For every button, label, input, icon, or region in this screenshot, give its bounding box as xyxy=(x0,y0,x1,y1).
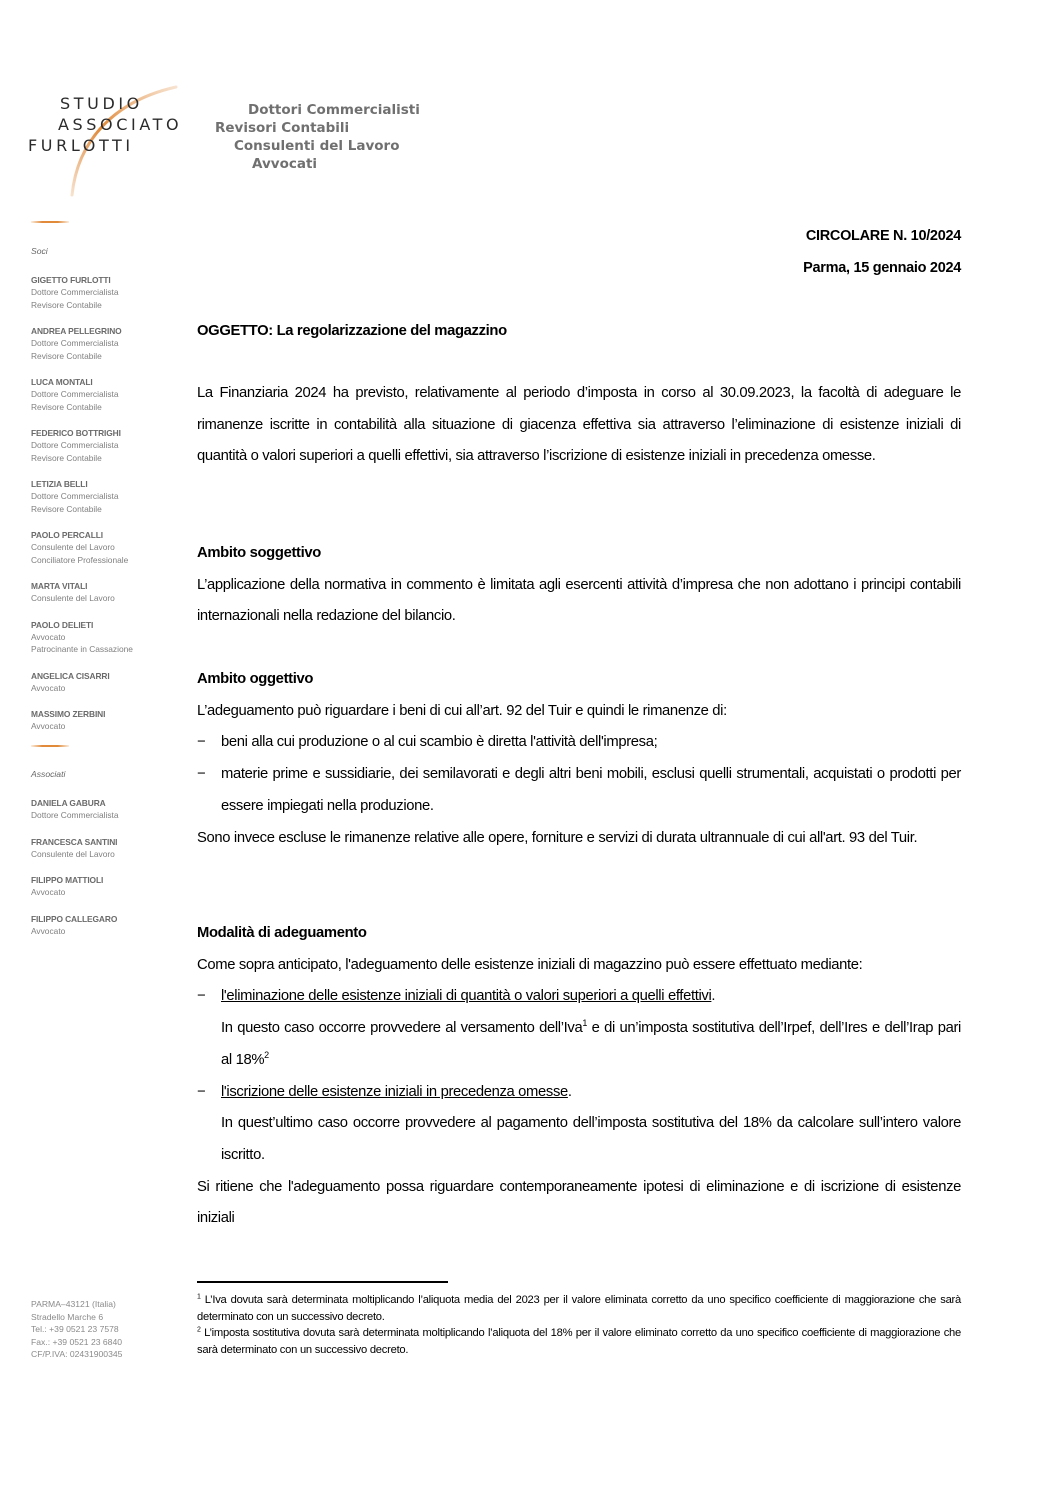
logo-text-line: STUDIO xyxy=(60,94,143,114)
person-role: Dottore Commercialista xyxy=(31,490,181,503)
list-item-detail: In questo caso occorre provvedere al ver… xyxy=(197,1013,961,1076)
sidebar-person: FILIPPO MATTIOLIAvvocato xyxy=(31,874,181,899)
contact-fax: Fax.: +39 0521 23 6840 xyxy=(31,1336,122,1349)
person-role: Avvocato xyxy=(31,886,181,899)
person-name: DANIELA GABURA xyxy=(31,797,181,809)
studio-logo: STUDIO ASSOCIATO FURLOTTI xyxy=(28,82,198,202)
sidebar-person: MASSIMO ZERBINIAvvocato xyxy=(31,708,181,733)
dash-bullet-icon: − xyxy=(197,727,205,759)
person-role: Dottore Commercialista xyxy=(31,439,181,452)
person-role: Avvocato xyxy=(31,925,181,938)
sidebar-person: PAOLO PERCALLIConsulente del LavoroConci… xyxy=(31,529,181,566)
person-role: Consulente del Lavoro xyxy=(31,848,181,861)
person-name: LUCA MONTALI xyxy=(31,376,181,388)
person-role: Dottore Commercialista xyxy=(31,388,181,401)
footnote: 2 L’imposta sostitutiva dovuta sarà dete… xyxy=(197,1325,961,1358)
section-paragraph: L’adeguamento può riguardare i beni di c… xyxy=(197,696,961,728)
person-role: Consulente del Lavoro xyxy=(31,541,181,554)
section-paragraph: Come sopra anticipato, l'adeguamento del… xyxy=(197,950,961,982)
section-modalita: Modalità di adeguamento Come sopra antic… xyxy=(197,918,961,1235)
person-role: Consulente del Lavoro xyxy=(31,592,181,605)
sidebar-divider xyxy=(31,745,69,747)
sidebar-person: MARTA VITALIConsulente del Lavoro xyxy=(31,580,181,605)
contact-vat: CF/P.IVA: 02431900345 xyxy=(31,1348,122,1361)
contact-city: PARMA–43121 (Italia) xyxy=(31,1298,122,1311)
person-role: Revisore Contabile xyxy=(31,401,181,414)
soci-list: GIGETTO FURLOTTIDottore CommercialistaRe… xyxy=(31,274,181,733)
sidebar-person: ANDREA PELLEGRINODottore CommercialistaR… xyxy=(31,325,181,362)
profession-label: Dottori Commercialisti xyxy=(248,100,420,120)
list-item: −l'iscrizione delle esistenze iniziali i… xyxy=(197,1077,961,1109)
detail-text: In questo caso occorre provvedere al ver… xyxy=(221,1020,582,1036)
sidebar-person: LETIZIA BELLIDottore CommercialistaRevis… xyxy=(31,478,181,515)
sidebar-person: ANGELICA CISARRIAvvocato xyxy=(31,670,181,695)
circular-date: Parma, 15 gennaio 2024 xyxy=(803,260,961,276)
footnote-text: L’imposta sostitutiva dovuta sarà determ… xyxy=(197,1327,961,1356)
sidebar-person: FEDERICO BOTTRIGHIDottore Commercialista… xyxy=(31,427,181,464)
profession-label: Consulenti del Lavoro xyxy=(234,136,399,156)
person-role: Dottore Commercialista xyxy=(31,286,181,299)
intro-block: La Finanziaria 2024 ha previsto, relativ… xyxy=(197,378,961,473)
associati-heading: Associati xyxy=(31,769,181,780)
section-title: Modalità di adeguamento xyxy=(197,918,961,950)
sidebar-person: GIGETTO FURLOTTIDottore CommercialistaRe… xyxy=(31,274,181,311)
person-role: Avvocato xyxy=(31,682,181,695)
section-paragraph: Si ritiene che l'adeguamento possa rigua… xyxy=(197,1172,961,1235)
footnote-text: L’Iva dovuta sarà determinata moltiplica… xyxy=(197,1294,961,1323)
footnote-ref[interactable]: 2 xyxy=(264,1050,269,1060)
list-item-detail: In quest’ultimo caso occorre provvedere … xyxy=(197,1108,961,1171)
footnote: 1 L’Iva dovuta sarà determinata moltipli… xyxy=(197,1292,961,1325)
modalita-list: −l'eliminazione delle esistenze iniziali… xyxy=(197,981,961,1171)
sidebar-person: PAOLO DELIETIAvvocatoPatrocinante in Cas… xyxy=(31,619,181,656)
person-role: Avvocato xyxy=(31,720,181,733)
person-name: FILIPPO MATTIOLI xyxy=(31,874,181,886)
person-role: Patrocinante in Cassazione xyxy=(31,643,181,656)
dash-bullet-icon: − xyxy=(197,981,205,1013)
circular-number: CIRCOLARE N. 10/2024 xyxy=(806,228,961,244)
person-name: GIGETTO FURLOTTI xyxy=(31,274,181,286)
footnotes: 1 L’Iva dovuta sarà determinata moltipli… xyxy=(197,1292,961,1358)
list-item: −materie prime e sussidiarie, dei semila… xyxy=(197,759,961,822)
sidebar-person: DANIELA GABURADottore Commercialista xyxy=(31,797,181,822)
sidebar-person: FILIPPO CALLEGAROAvvocato xyxy=(31,913,181,938)
section-title: Ambito soggettivo xyxy=(197,538,961,570)
list-item-title: l'iscrizione delle esistenze iniziali in… xyxy=(221,1084,568,1100)
sidebar-associati: Associati DANIELA GABURADottore Commerci… xyxy=(31,769,181,951)
intro-paragraph: La Finanziaria 2024 ha previsto, relativ… xyxy=(197,378,961,473)
person-role: Dottore Commercialista xyxy=(31,337,181,350)
list-item-text: beni alla cui produzione o al cui scambi… xyxy=(221,734,657,750)
person-name: ANDREA PELLEGRINO xyxy=(31,325,181,337)
profession-label: Avvocati xyxy=(252,154,317,174)
soci-heading: Soci xyxy=(31,246,181,257)
footnote-separator xyxy=(197,1281,448,1283)
section-oggettivo: Ambito oggettivo L’adeguamento può rigua… xyxy=(197,664,961,854)
person-role: Revisore Contabile xyxy=(31,299,181,312)
person-name: MARTA VITALI xyxy=(31,580,181,592)
profession-label: Revisori Contabili xyxy=(215,118,349,138)
person-role: Dottore Commercialista xyxy=(31,809,181,822)
section-soggettivo: Ambito soggettivo L’applicazione della n… xyxy=(197,538,961,633)
dash-bullet-icon: − xyxy=(197,1077,205,1109)
list-item: −beni alla cui produzione o al cui scamb… xyxy=(197,727,961,759)
person-name: FRANCESCA SANTINI xyxy=(31,836,181,848)
section-title: Ambito oggettivo xyxy=(197,664,961,696)
person-name: LETIZIA BELLI xyxy=(31,478,181,490)
person-name: FEDERICO BOTTRIGHI xyxy=(31,427,181,439)
dash-bullet-icon: − xyxy=(197,759,205,791)
person-name: PAOLO PERCALLI xyxy=(31,529,181,541)
subject-line: OGGETTO: La regolarizzazione del magazzi… xyxy=(197,323,961,339)
contact-address: Stradello Marche 6 xyxy=(31,1311,122,1324)
sidebar-divider xyxy=(31,221,69,223)
person-role: Avvocato xyxy=(31,631,181,644)
sidebar-person: FRANCESCA SANTINIConsulente del Lavoro xyxy=(31,836,181,861)
detail-text: In quest’ultimo caso occorre provvedere … xyxy=(221,1115,961,1163)
person-name: ANGELICA CISARRI xyxy=(31,670,181,682)
person-role: Revisore Contabile xyxy=(31,503,181,516)
list-item-text: materie prime e sussidiarie, dei semilav… xyxy=(221,766,961,814)
person-role: Revisore Contabile xyxy=(31,452,181,465)
person-name: PAOLO DELIETI xyxy=(31,619,181,631)
person-role: Conciliatore Professionale xyxy=(31,554,181,567)
logo-text-line: FURLOTTI xyxy=(28,136,134,156)
logo-text-line: ASSOCIATO xyxy=(58,115,182,135)
list-item-title: l'eliminazione delle esistenze iniziali … xyxy=(221,988,711,1004)
contact-phone: Tel.: +39 0521 23 7578 xyxy=(31,1323,122,1336)
rimanenze-list: −beni alla cui produzione o al cui scamb… xyxy=(197,727,961,822)
person-role: Revisore Contabile xyxy=(31,350,181,363)
sidebar-person: LUCA MONTALIDottore CommercialistaReviso… xyxy=(31,376,181,413)
sidebar-soci: Soci GIGETTO FURLOTTIDottore Commerciali… xyxy=(31,246,181,747)
section-paragraph: Sono invece escluse le rimanenze relativ… xyxy=(197,823,961,855)
contact-info: PARMA–43121 (Italia) Stradello Marche 6 … xyxy=(31,1298,122,1361)
section-paragraph: L’applicazione della normativa in commen… xyxy=(197,570,961,633)
person-name: MASSIMO ZERBINI xyxy=(31,708,181,720)
associati-list: DANIELA GABURADottore CommercialistaFRAN… xyxy=(31,797,181,937)
person-name: FILIPPO CALLEGARO xyxy=(31,913,181,925)
list-item: −l'eliminazione delle esistenze iniziali… xyxy=(197,981,961,1013)
